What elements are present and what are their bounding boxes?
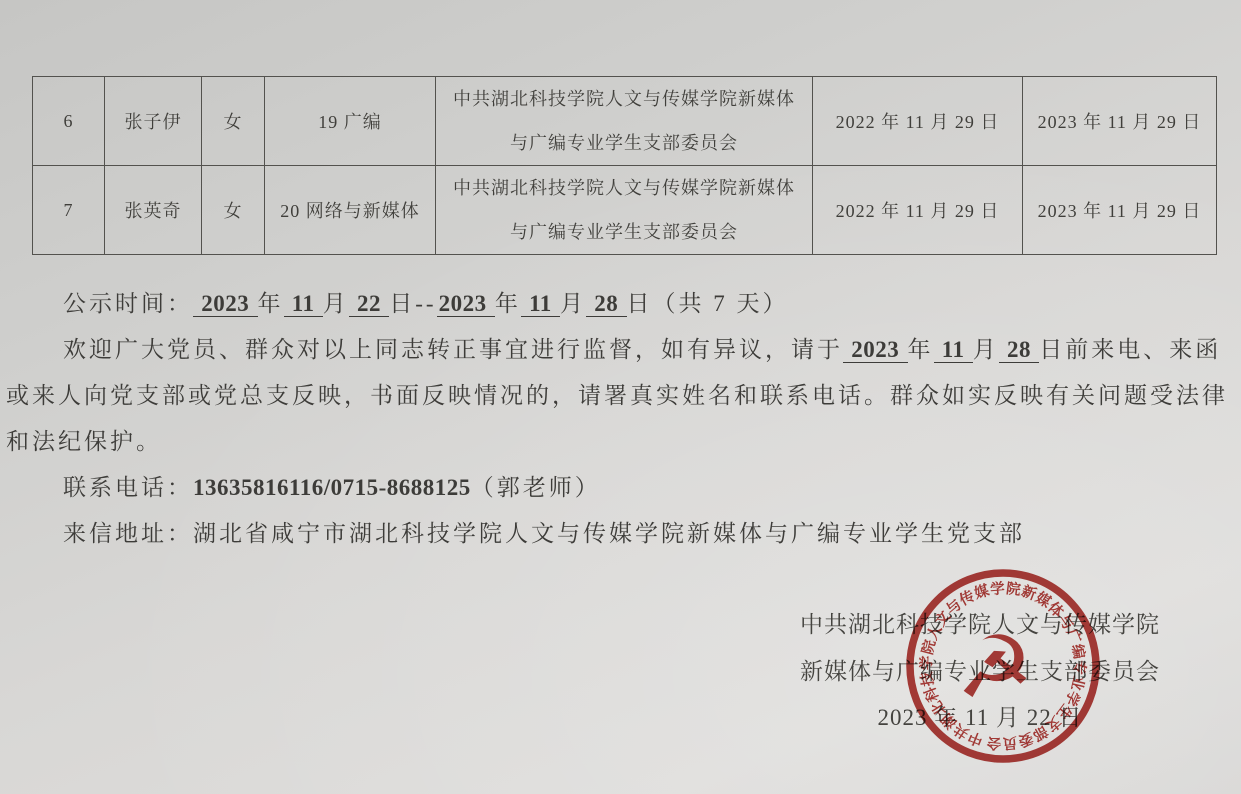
cell-probation-date: 2022 年 11 月 29 日	[813, 77, 1023, 166]
text-segment: 日（共 7 天）	[627, 291, 789, 316]
cell-full-member-date: 2023 年 11 月 29 日	[1023, 77, 1217, 166]
phone-label: 联系电话：	[63, 475, 193, 500]
text-segment: 年	[908, 337, 934, 362]
cell-full-member-date: 2023 年 11 月 29 日	[1023, 166, 1217, 255]
filled-blank-value: 2023	[193, 291, 258, 317]
table-row: 6 张子伊 女 19 广编 中共湖北科技学院人文与传媒学院新媒体 与广编专业学生…	[33, 77, 1217, 166]
text-segment: 日前来电、来函	[1039, 337, 1221, 362]
cell-gender: 女	[202, 166, 265, 255]
branch-line-2: 与广编专业学生支部委员会	[438, 210, 810, 254]
cell-probation-date: 2022 年 11 月 29 日	[813, 166, 1023, 255]
hammer-sickle-icon: ☭	[956, 618, 1033, 718]
supervision-line-2: 或来人向党支部或党总支反映，书面反映情况的，请署真实姓名和联系电话。群众如实反映…	[6, 373, 1238, 419]
supervision-line-1: 欢迎广大党员、群众对以上同志转正事宜进行监督，如有异议，请于 2023 年 11…	[6, 327, 1238, 373]
filled-blank-value: 11	[934, 337, 973, 363]
cell-name: 张英奇	[105, 166, 202, 255]
cell-class: 19 广编	[265, 77, 436, 166]
document-page: 6 张子伊 女 19 广编 中共湖北科技学院人文与传媒学院新媒体 与广编专业学生…	[0, 0, 1241, 794]
branch-line-1: 中共湖北科技学院人文与传媒学院新媒体	[438, 77, 810, 121]
phone-contact-person: （郭老师）	[471, 475, 601, 500]
cell-branch: 中共湖北科技学院人文与传媒学院新媒体 与广编专业学生支部委员会	[436, 77, 813, 166]
text-segment: 欢迎广大党员、群众对以上同志转正事宜进行监督，如有异议，请于	[63, 337, 843, 362]
text-segment: 年	[495, 291, 521, 316]
cell-name: 张子伊	[105, 77, 202, 166]
contact-phone-line: 联系电话：13635816116/0715-8688125（郭老师）	[6, 465, 1238, 511]
phone-number: 13635816116/0715-8688125	[193, 475, 471, 500]
text-segment: 公示时间：	[63, 291, 193, 316]
text-segment: 日--	[389, 291, 436, 316]
publicity-period-line: 公示时间： 2023 年 11 月 22 日--2023 年 11 月 28 日…	[6, 281, 1238, 327]
cell-class: 20 网络与新媒体	[265, 166, 436, 255]
party-seal: 中共湖北科技学院人文与传媒学院新媒体与广编专业学生支部委员会 ☭	[888, 551, 1118, 781]
text-segment: 或来人向党支部或党总支反映，书面反映情况的，请署真实姓名和联系电话。群众如实反映…	[6, 383, 1228, 408]
filled-blank-value: 22	[349, 291, 390, 317]
address-label: 来信地址：	[63, 521, 193, 546]
text-segment: 和法纪保护。	[6, 429, 162, 454]
cell-number: 7	[33, 166, 105, 255]
filled-blank-value: 11	[284, 291, 323, 317]
filled-blank-value: 28	[586, 291, 627, 317]
filled-blank-value: 2023	[843, 337, 908, 363]
supervision-line-3: 和法纪保护。	[6, 419, 1238, 465]
text-segment: 月	[323, 291, 349, 316]
roster-table: 6 张子伊 女 19 广编 中共湖北科技学院人文与传媒学院新媒体 与广编专业学生…	[32, 76, 1217, 255]
text-segment: 月	[973, 337, 999, 362]
branch-line-2: 与广编专业学生支部委员会	[438, 121, 810, 165]
filled-blank-value: 11	[521, 291, 560, 317]
cell-branch: 中共湖北科技学院人文与传媒学院新媒体 与广编专业学生支部委员会	[436, 166, 813, 255]
branch-line-1: 中共湖北科技学院人文与传媒学院新媒体	[438, 166, 810, 210]
text-segment: 月	[560, 291, 586, 316]
cell-gender: 女	[202, 77, 265, 166]
text-segment: 年	[258, 291, 284, 316]
body-text: 公示时间： 2023 年 11 月 22 日--2023 年 11 月 28 日…	[6, 281, 1238, 557]
address-value: 湖北省咸宁市湖北科技学院人文与传媒学院新媒体与广编专业学生党支部	[193, 521, 1025, 546]
filled-blank-value: 28	[999, 337, 1040, 363]
filled-blank-value: 2023	[437, 291, 495, 317]
cell-number: 6	[33, 77, 105, 166]
table-row: 7 张英奇 女 20 网络与新媒体 中共湖北科技学院人文与传媒学院新媒体 与广编…	[33, 166, 1217, 255]
